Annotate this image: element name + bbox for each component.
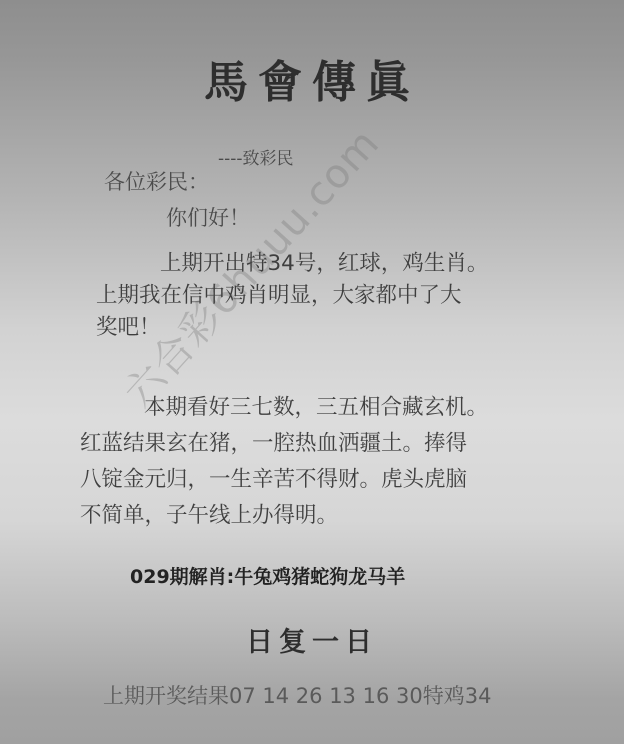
paragraph-previous-result: 上期开出特34号，红球，鸡生肖。 上期我在信中鸡肖明显，大家都中了大 奖吧！ [96,248,536,344]
paragraph-line: 本期看好三七数，三五相合藏玄机。 [80,390,540,426]
hello-text: 你们好！ [166,202,250,232]
motto: 日复一日 [0,620,624,659]
paragraph-line: 奖吧！ [96,312,536,344]
paragraph-prediction-poem: 本期看好三七数，三五相合藏玄机。 红蓝结果玄在猪，一腔热血洒疆土。捧得 八锭金元… [80,390,540,534]
paragraph-line: 上期我在信中鸡肖明显，大家都中了大 [96,280,536,312]
last-draw-results: 上期开奖结果07 14 26 13 16 30特鸡34 [103,680,491,710]
paragraph-line: 上期开出特34号，红球，鸡生肖。 [96,248,536,280]
paragraph-line: 红蓝结果玄在猪，一腔热血洒疆土。捧得 [80,426,540,462]
signature: ----致彩民 [218,144,294,169]
paragraph-line: 不简单，子午线上办得明。 [80,498,540,534]
zodiac-hint: 029期解肖:牛兔鸡猪蛇狗龙马羊 [130,562,405,589]
page-title: 馬會傳眞 [0,46,624,110]
paragraph-line: 八锭金元归，一生辛苦不得财。虎头虎脑 [80,462,540,498]
greeting: 各位彩民： [104,166,209,196]
